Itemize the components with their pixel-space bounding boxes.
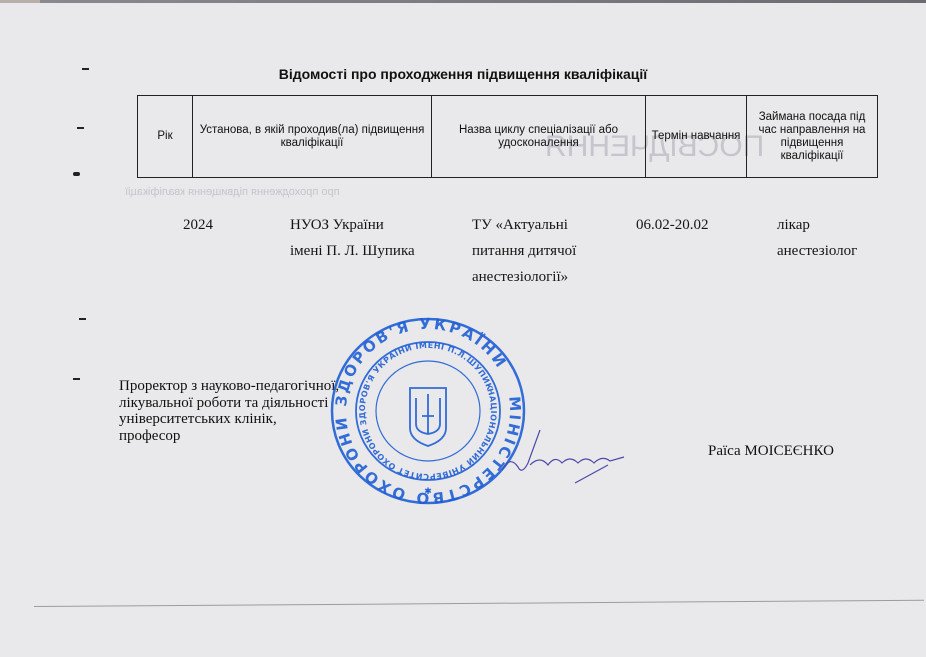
- institution-line: НУОЗ України: [290, 212, 415, 238]
- signer-title-line: Проректор з науково-педагогічної,: [119, 378, 339, 395]
- signature: [500, 425, 630, 485]
- signer-title-line: лікувальної роботи та діяльності: [119, 395, 339, 412]
- entry-cycle: ТУ «Актуальні питання дитячої анестезіол…: [472, 212, 576, 290]
- bleed-through-subtitle: про проходження підвищення кваліфікації: [125, 186, 340, 198]
- qualification-table-header: Рік Установа, в якій проходив(ла) підвищ…: [137, 95, 878, 178]
- document-title: Відомості про проходження підвищення ква…: [0, 66, 926, 82]
- official-stamp: МІНІСТЕРСТВО ОХОРОНИ ЗДОРОВ'Я УКРАЇНИ НА…: [328, 316, 528, 506]
- scan-edge: [0, 0, 926, 3]
- header-year: Рік: [138, 96, 193, 178]
- signer-title-line: університетських клінік,: [119, 411, 339, 428]
- header-position: Займана посада під час направлення на пі…: [747, 96, 878, 178]
- entry-position: лікар анестезіолог: [777, 212, 857, 264]
- entry-year: 2024: [183, 212, 213, 238]
- signer-name: Раїса МОІСЕЄНКО: [708, 443, 834, 460]
- entry-term: 06.02-20.02: [636, 212, 709, 238]
- signer-title-line: професор: [119, 428, 339, 445]
- signer-title: Проректор з науково-педагогічної, лікува…: [119, 378, 339, 444]
- header-cycle: Назва циклу спеціалізації або удосконале…: [432, 96, 646, 178]
- page-edge-line: [34, 600, 924, 607]
- punch-mark: [79, 318, 86, 320]
- cycle-line: питання дитячої: [472, 238, 576, 264]
- header-term: Термін навчання: [646, 96, 747, 178]
- entry-institution: НУОЗ України імені П. Л. Шупика: [290, 212, 415, 264]
- punch-mark: [73, 172, 80, 176]
- trident-icon: [410, 388, 446, 446]
- punch-mark: [73, 378, 80, 380]
- cycle-line: анестезіології»: [472, 264, 576, 290]
- position-line: лікар: [777, 212, 857, 238]
- position-line: анестезіолог: [777, 238, 857, 264]
- institution-line: імені П. Л. Шупика: [290, 238, 415, 264]
- cycle-line: ТУ «Актуальні: [472, 212, 576, 238]
- header-institution: Установа, в якій проходив(ла) підвищення…: [193, 96, 432, 178]
- punch-mark: [77, 127, 84, 129]
- svg-text:✱: ✱: [424, 486, 432, 496]
